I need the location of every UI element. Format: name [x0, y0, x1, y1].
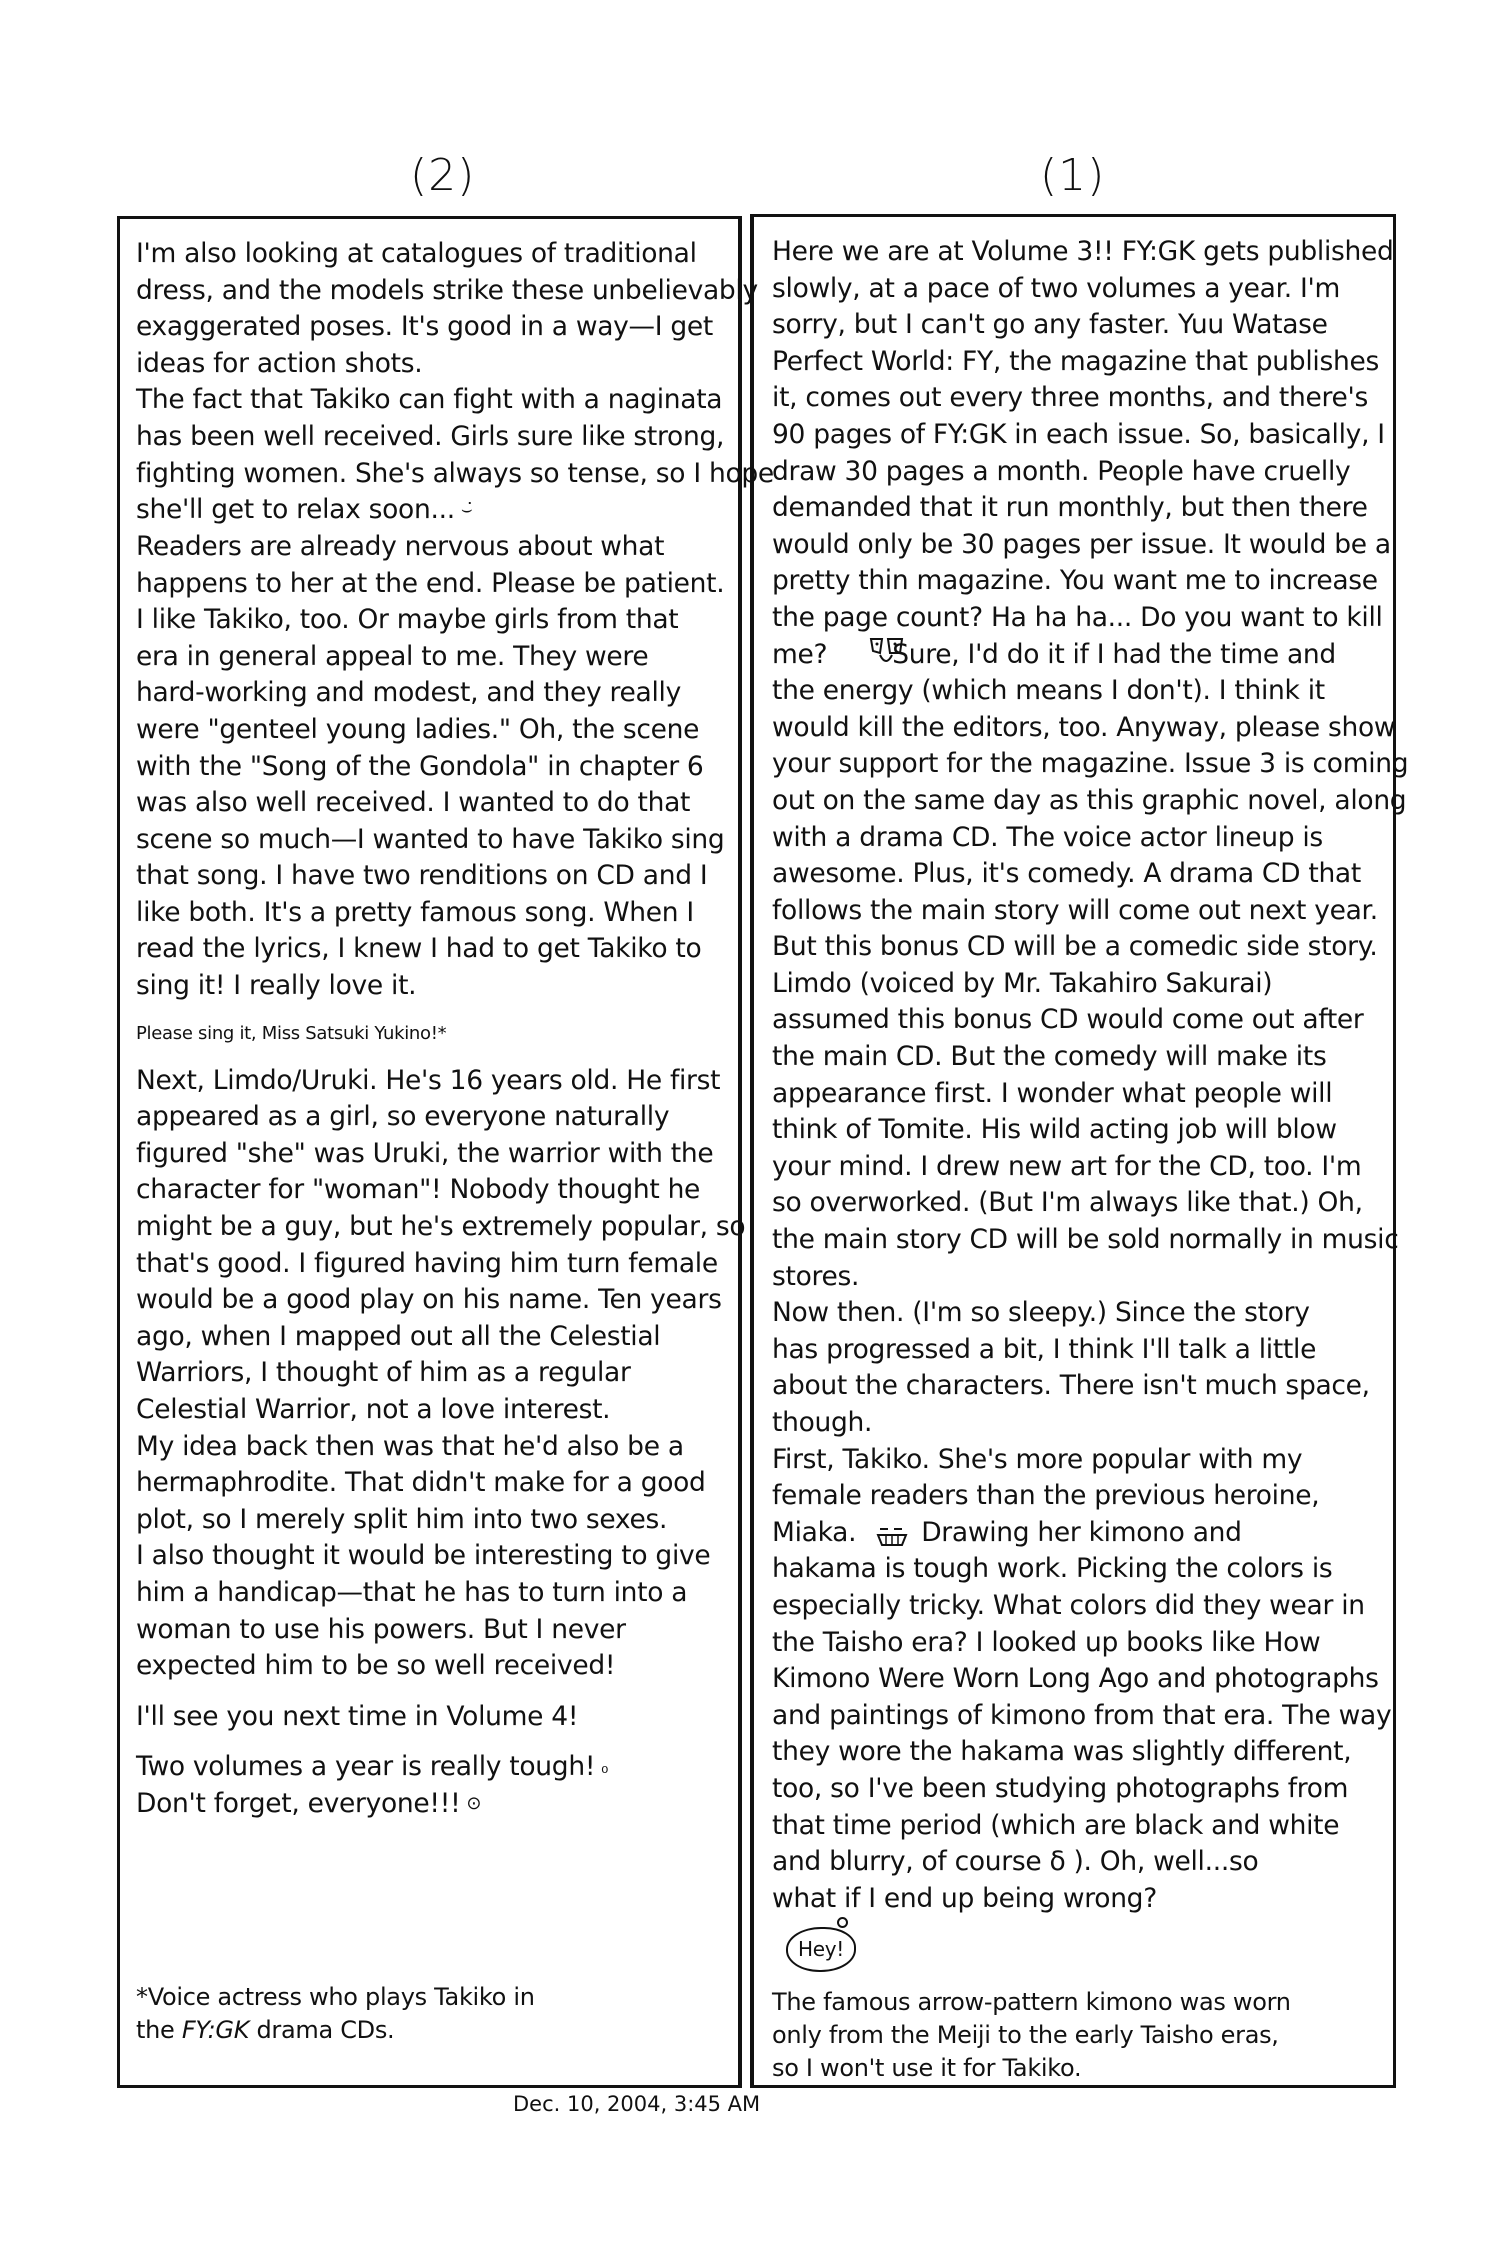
text-line: like both. It's a pretty famous song. Wh…: [136, 895, 736, 932]
text-line: your support for the magazine. Issue 3 i…: [772, 746, 1392, 783]
text-line: the main CD. But the comedy will make it…: [772, 1039, 1392, 1076]
text-line: would kill the editors, too. Anyway, ple…: [772, 710, 1392, 747]
text-line: with the "Song of the Gondola" in chapte…: [136, 749, 736, 786]
text-line: sing it! I really love it.: [136, 968, 736, 1005]
text-line: Readers are already nervous about what: [136, 529, 736, 566]
footnote-title: FY:GK: [182, 2016, 249, 2044]
text-line: stores.: [772, 1259, 1392, 1296]
text-line-with-emote: Don't forget, everyone!!!⊙: [136, 1786, 736, 1823]
text-line: Kimono Were Worn Long Ago and photograph…: [772, 1661, 1392, 1698]
hey-speech-bubble: Hey!: [786, 1927, 856, 1972]
text-line: Don't forget, everyone!!!: [136, 1788, 460, 1819]
text-line: what if I end up being wrong?: [772, 1881, 1392, 1918]
text-line: appeared as a girl, so everyone naturall…: [136, 1099, 736, 1136]
spacer: [136, 1735, 736, 1749]
page-number-2: (2): [410, 150, 475, 201]
spacer: [136, 1005, 736, 1019]
sweat-face-icon: ⌣̇: [461, 492, 473, 529]
text-line: First, Takiko. She's more popular with m…: [772, 1442, 1392, 1479]
text-line: hermaphrodite. That didn't make for a go…: [136, 1465, 736, 1502]
text-line: would only be 30 pages per issue. It wou…: [772, 527, 1392, 564]
smile-icon: ⊙: [466, 1786, 481, 1823]
text-line: happens to her at the end. Please be pat…: [136, 566, 736, 603]
text-line: 90 pages of FY:GK in each issue. So, bas…: [772, 417, 1392, 454]
spacer: [136, 1049, 736, 1063]
text-line: Miaka. Drawing her kimono and: [772, 1515, 1392, 1552]
text-line: the main story CD will be sold normally …: [772, 1222, 1392, 1259]
text-line: hakama is tough work. Picking the colors…: [772, 1551, 1392, 1588]
text-line: exaggerated poses. It's good in a way—I …: [136, 309, 736, 346]
text-line: was also well received. I wanted to do t…: [136, 785, 736, 822]
text-line: character for "woman"! Nobody thought he: [136, 1172, 736, 1209]
text-line: read the lyrics, I knew I had to get Tak…: [136, 931, 736, 968]
text-line: with a drama CD. The voice actor lineup …: [772, 820, 1392, 857]
text-line: dress, and the models strike these unbel…: [136, 273, 736, 310]
text-line: But this bonus CD will be a comedic side…: [772, 929, 1392, 966]
text-line: sorry, but I can't go any faster. Yuu Wa…: [772, 307, 1392, 344]
drop-icon: ₀: [601, 1750, 608, 1787]
text-line: the page count? Ha ha ha... Do you want …: [772, 600, 1392, 637]
footnote-line: the FY:GK drama CDs.: [136, 2014, 736, 2047]
laughing-face-icon: [868, 635, 906, 669]
text-line: me? Sure, I'd do it if I had the time an…: [772, 637, 1392, 674]
text-line: would be a good play on his name. Ten ye…: [136, 1282, 736, 1319]
left-column-text: I'm also looking at catalogues of tradit…: [136, 236, 736, 2047]
date-stamp: Dec. 10, 2004, 3:45 AM: [513, 2092, 760, 2116]
text-line: Now then. (I'm so sleepy.) Since the sto…: [772, 1295, 1392, 1332]
text-line: too, so I've been studying photographs f…: [772, 1771, 1392, 1808]
text-line: Perfect World: FY, the magazine that pub…: [772, 344, 1392, 381]
text-line: figured "she" was Uruki, the warrior wit…: [136, 1136, 736, 1173]
text-line: Next, Limdo/Uruki. He's 16 years old. He…: [136, 1063, 736, 1100]
text-line: the energy (which means I don't). I thin…: [772, 673, 1392, 710]
text-line: expected him to be so well received!: [136, 1648, 736, 1685]
text-line: slowly, at a pace of two volumes a year.…: [772, 271, 1392, 308]
text-line: your mind. I drew new art for the CD, to…: [772, 1149, 1392, 1186]
note-line: only from the Meiji to the early Taisho …: [772, 2019, 1392, 2052]
text-line: Limdo (voiced by Mr. Takahiro Sakurai): [772, 966, 1392, 1003]
page-number-1: (1): [1040, 150, 1105, 201]
text-line: the Taisho era? I looked up books like H…: [772, 1625, 1392, 1662]
text-line: female readers than the previous heroine…: [772, 1478, 1392, 1515]
right-column-text: Here we are at Volume 3!! FY:GK gets pub…: [772, 234, 1392, 2085]
text-line-with-emote: she'll get to relax soon...⌣̇: [136, 492, 736, 529]
text-line: awesome. Plus, it's comedy. A drama CD t…: [772, 856, 1392, 893]
text-line: and blurry, of course δ ). Oh, well...so: [772, 1844, 1392, 1881]
footnote-text: drama CDs.: [249, 2016, 394, 2044]
note-line: so I won't use it for Takiko.: [772, 2052, 1392, 2085]
text-line: I'm also looking at catalogues of tradit…: [136, 236, 736, 273]
text-line: especially tricky. What colors did they …: [772, 1588, 1392, 1625]
text-line: I also thought it would be interesting t…: [136, 1538, 736, 1575]
text-line: era in general appeal to me. They were: [136, 639, 736, 676]
text-line: they wore the hakama was slightly differ…: [772, 1734, 1392, 1771]
text-line: draw 30 pages a month. People have cruel…: [772, 454, 1392, 491]
text-line: were "genteel young ladies." Oh, the sce…: [136, 712, 736, 749]
text-line: that time period (which are black and wh…: [772, 1808, 1392, 1845]
grinning-face-icon: [876, 1525, 908, 1547]
text-line: fighting women. She's always so tense, s…: [136, 456, 736, 493]
text-line: and paintings of kimono from that era. T…: [772, 1698, 1392, 1735]
text-line: woman to use his powers. But I never: [136, 1612, 736, 1649]
text-line: out on the same day as this graphic nove…: [772, 783, 1392, 820]
text-line: assumed this bonus CD would come out aft…: [772, 1002, 1392, 1039]
text-line: Celestial Warrior, not a love interest.: [136, 1392, 736, 1429]
spacer: [136, 1685, 736, 1699]
text-line: I'll see you next time in Volume 4!: [136, 1699, 736, 1736]
text-line: might be a guy, but he's extremely popul…: [136, 1209, 736, 1246]
text-line: My idea back then was that he'd also be …: [136, 1429, 736, 1466]
text-line: it, comes out every three months, and th…: [772, 380, 1392, 417]
text-line: ago, when I mapped out all the Celestial: [136, 1319, 736, 1356]
text-line: so overworked. (But I'm always like that…: [772, 1185, 1392, 1222]
text-line: ideas for action shots.: [136, 346, 736, 383]
text-line: follows the main story will come out nex…: [772, 893, 1392, 930]
text-line: she'll get to relax soon...: [136, 494, 455, 525]
text-line: Two volumes a year is really tough!: [136, 1751, 595, 1782]
text-line: pretty thin magazine. You want me to inc…: [772, 563, 1392, 600]
text-line: hard-working and modest, and they really: [136, 675, 736, 712]
text-line: The fact that Takiko can fight with a na…: [136, 382, 736, 419]
text-line: Here we are at Volume 3!! FY:GK gets pub…: [772, 234, 1392, 271]
text-line: plot, so I merely split him into two sex…: [136, 1502, 736, 1539]
text-line: has been well received. Girls sure like …: [136, 419, 736, 456]
text-line: has progressed a bit, I think I'll talk …: [772, 1332, 1392, 1369]
text-line: that's good. I figured having him turn f…: [136, 1246, 736, 1283]
aside-note: Please sing it, Miss Satsuki Yukino!*: [136, 1019, 736, 1049]
footnote-text: the: [136, 2016, 182, 2044]
text-line: that song. I have two renditions on CD a…: [136, 858, 736, 895]
text-line: demanded that it run monthly, but then t…: [772, 490, 1392, 527]
text-line: appearance first. I wonder what people w…: [772, 1076, 1392, 1113]
text-line: him a handicap—that he has to turn into …: [136, 1575, 736, 1612]
text-line-with-emote: Two volumes a year is really tough!₀: [136, 1749, 736, 1786]
text-line: though.: [772, 1405, 1392, 1442]
footnote-line: *Voice actress who plays Takiko in: [136, 1981, 736, 2014]
note-line: The famous arrow-pattern kimono was worn: [772, 1986, 1392, 2019]
text-line: scene so much—I wanted to have Takiko si…: [136, 822, 736, 859]
spacer: [136, 1823, 736, 1981]
text-line: think of Tomite. His wild acting job wil…: [772, 1112, 1392, 1149]
text-line: I like Takiko, too. Or maybe girls from …: [136, 602, 736, 639]
text-line: about the characters. There isn't much s…: [772, 1368, 1392, 1405]
text-line: Warriors, I thought of him as a regular: [136, 1355, 736, 1392]
